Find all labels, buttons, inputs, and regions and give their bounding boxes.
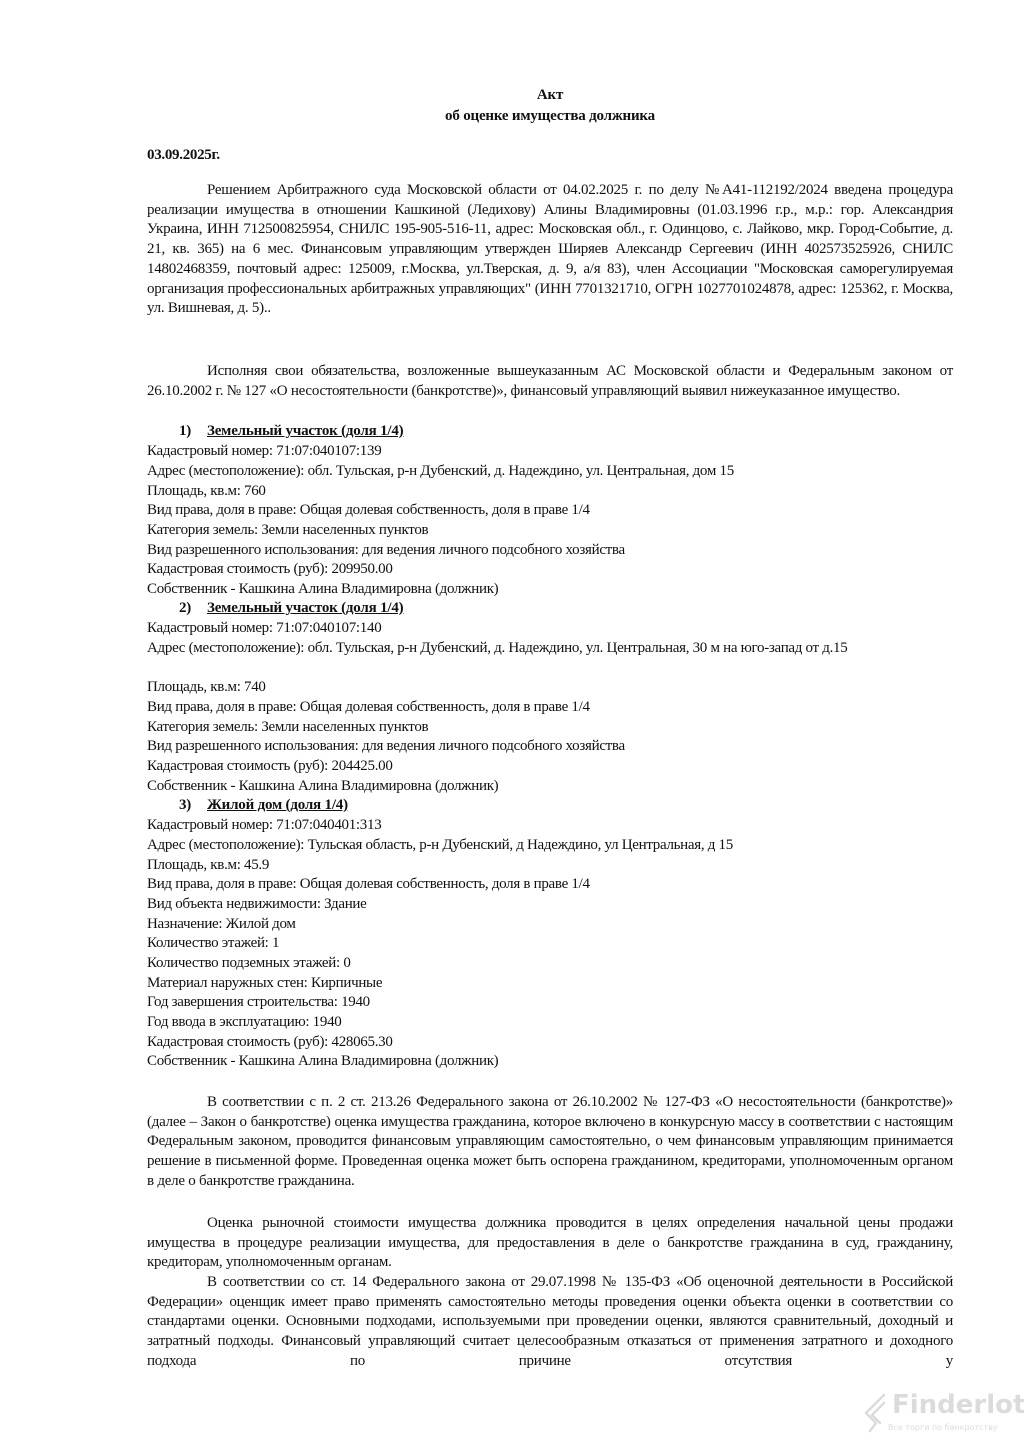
watermark-tagline: Все торги по банкротству [888, 1423, 998, 1432]
property-detail-line: Адрес (местоположение): Тульская область… [147, 836, 733, 856]
property-detail-line: Площадь, кв.м: 740 [147, 678, 266, 698]
property-detail-line: Адрес (местоположение): обл. Тульская, р… [147, 639, 953, 659]
property-detail-line: Вид права, доля в праве: Общая долевая с… [147, 501, 590, 521]
property-detail-line: Собственник - Кашкина Алина Владимировна… [147, 580, 498, 600]
property-detail-line: Адрес (местоположение): обл. Тульская, р… [147, 462, 734, 482]
property-detail-line: Кадастровый номер: 71:07:040401:313 [147, 816, 381, 836]
purpose-paragraph: Оценка рыночной стоимости имущества долж… [147, 1214, 953, 1273]
property-detail-line: Назначение: Жилой дом [147, 915, 296, 935]
property-detail-line: Год ввода в эксплуатацию: 1940 [147, 1013, 341, 1033]
property-detail-line: Площадь, кв.м: 45.9 [147, 856, 269, 876]
property-detail-line: Кадастровый номер: 71:07:040107:139 [147, 442, 381, 462]
property-detail-line: Собственник - Кашкина Алина Владимировна… [147, 1052, 498, 1072]
property-detail-line: Кадастровая стоимость (руб): 209950.00 [147, 560, 393, 580]
property-detail-line: Материал наружных стен: Кирпичные [147, 974, 382, 994]
property-detail-line: Площадь, кв.м: 760 [147, 482, 266, 502]
property-detail-line: Вид права, доля в праве: Общая долевая с… [147, 698, 590, 718]
property-detail-line: Вид разрешенного использования: для веде… [147, 541, 625, 561]
property-title: Земельный участок (доля 1/4) [207, 600, 403, 616]
document-subtitle: об оценке имущества должника [147, 108, 953, 125]
property-number: 1) [179, 423, 207, 440]
property-detail-line: Вид разрешенного использования: для веде… [147, 737, 625, 757]
property-title: Жилой дом (доля 1/4) [207, 797, 348, 813]
property-detail-line: Кадастровая стоимость (руб): 204425.00 [147, 757, 393, 777]
property-detail-line: Количество подземных этажей: 0 [147, 954, 351, 974]
watermark: Finderlot Все торги по банкротству [852, 1385, 1022, 1445]
property-number: 2) [179, 600, 207, 617]
property-detail-line: Кадастровый номер: 71:07:040107:140 [147, 619, 381, 639]
method-paragraph: В соответствии со ст. 14 Федерального за… [147, 1273, 953, 1372]
document-title: Акт [147, 87, 953, 104]
property-heading: 2)Земельный участок (доля 1/4) [179, 600, 403, 617]
property-detail-line: Категория земель: Земли населенных пункт… [147, 521, 428, 541]
law-paragraph: В соответствии с п. 2 ст. 213.26 Федерал… [147, 1093, 953, 1192]
property-detail-line: Вид объекта недвижимости: Здание [147, 895, 367, 915]
watermark-name: Finderlot [892, 1390, 1024, 1420]
property-title: Земельный участок (доля 1/4) [207, 423, 403, 439]
document-date: 03.09.2025г. [147, 147, 220, 164]
property-detail-line: Собственник - Кашкина Алина Владимировна… [147, 777, 498, 797]
intro-paragraph: Решением Арбитражного суда Московской об… [147, 181, 953, 319]
property-detail-line: Год завершения строительства: 1940 [147, 993, 370, 1013]
property-detail-line: Вид права, доля в праве: Общая долевая с… [147, 875, 590, 895]
property-detail-line: Кадастровая стоимость (руб): 428065.30 [147, 1033, 393, 1053]
duty-paragraph: Исполняя свои обязательства, возложенные… [147, 362, 953, 401]
property-number: 3) [179, 797, 207, 814]
property-detail-line: Количество этажей: 1 [147, 934, 279, 954]
property-heading: 3)Жилой дом (доля 1/4) [179, 797, 348, 814]
property-heading: 1)Земельный участок (доля 1/4) [179, 423, 403, 440]
property-detail-line: Категория земель: Земли населенных пункт… [147, 718, 428, 738]
